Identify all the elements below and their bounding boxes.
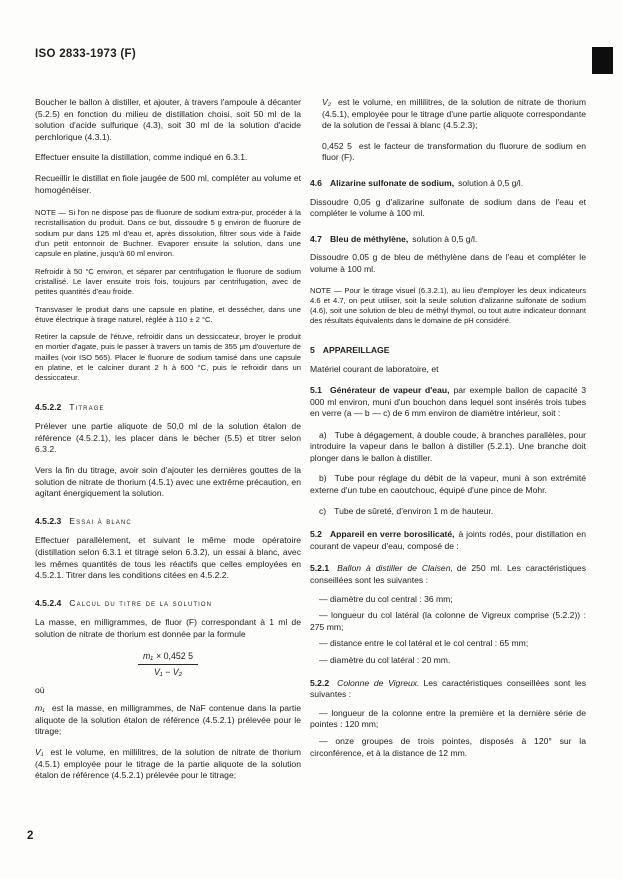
item-text: Tube de sûreté, d'environ 1 m de hauteur… [334,506,493,516]
section-title: Essai à blanc [69,516,132,526]
item-text: Tube pour réglage du débit de la vapeur,… [310,473,586,495]
definition-v1: V₁est le volume, en millilitres, de la s… [35,747,301,782]
section-title: Calcul du titre de la solution [69,598,212,608]
note-paragraph: NOTE — Si l'on ne dispose pas de fluorur… [35,208,301,259]
where-label: où [35,685,301,697]
section-rest: solution à 0,5 g/l. [458,178,523,188]
note-paragraph: Retirer la capsule de l'étuve, refroidir… [35,332,301,383]
definition-v2: V₂est le volume, en millilitres, de la s… [322,97,586,132]
definition-text: est le facteur de transformation du fluo… [322,141,586,163]
paragraph-boucher: Boucher le ballon à distiller, et ajoute… [35,97,301,143]
section-heading-essai: 4.5.2.3Essai à blanc [35,516,301,528]
fraction: m₁× 0,452 5 V₁ − V₂ [138,651,198,679]
definition-term: 0,452 5 [322,141,352,151]
list-item-b: b)Tube pour réglage du débit de la vapeu… [310,473,586,496]
page-number: 2 [27,830,33,842]
section-number: 4.5.2.3 [35,516,61,526]
paragraph-prelever: Prélever une partie aliquote de 50,0 ml … [35,421,301,456]
section-name: Colonne de Vigreux. [337,678,419,688]
item-label: a) [319,430,327,440]
section-number: 5 [310,345,315,355]
paragraph-4-7: Dissoudre 0,05 g de bleu de méthylène da… [310,252,586,275]
definition-term: m₁ [35,703,45,713]
section-number: 4.5.2.4 [35,598,61,608]
paragraph-materiel: Matériel courant de laboratoire, et [310,364,586,376]
paragraph-4-6: Dissoudre 0,05 g d'alizarine sulfonate d… [310,197,586,220]
section-title: APPAREILLAGE [323,345,390,355]
section-number: 5.2.2 [310,678,329,688]
list-item-a: a)Tube à dégagement, à double coude, à b… [310,430,586,465]
definition-factor: 0,452 5est le facteur de transformation … [322,141,586,164]
scan-mark [592,47,613,74]
section-heading-5-1: 5.1Générateur de vapeur d'eau,par exempl… [310,385,586,420]
definition-term: V₂ [322,97,331,107]
section-name: Appareil en verre borosilicaté, [330,529,455,539]
bullet-item: — distance entre le col latéral et le co… [310,638,586,650]
paragraph-vers: Vers la fin du titrage, avoir soin d'ajo… [35,465,301,500]
formula-factor: × 0,452 5 [156,651,193,661]
definition-m1: m₁est la masse, en milligrammes, de NaF … [35,703,301,738]
note-paragraph: NOTE — Pour le titrage visuel (6.3.2.1),… [310,286,586,327]
section-heading-5: 5APPAREILLAGE [310,345,586,357]
section-number: 4.7 [310,234,322,244]
bullet-item: — onze groupes de trois pointes, disposé… [310,736,586,759]
definition-text: est la masse, en milligrammes, de NaF co… [35,703,301,736]
note-paragraph: Transvaser le produit dans une capsule e… [35,305,301,326]
section-number: 5.2 [310,529,322,539]
section-name: Générateur de vapeur d'eau, [330,385,450,395]
list-item-c: c)Tube de sûreté, d'environ 1 m de haute… [310,506,586,518]
document-page: ISO 2833-1973 (F) Boucher le ballon à di… [0,0,623,879]
definition-term: V₁ [35,747,43,757]
section-heading-4-7: 4.7Bleu de méthylène,solution à 0,5 g/l. [310,234,586,246]
bullet-item: — longueur du col latéral (la colonne de… [310,610,586,633]
fraction-numerator: m₁× 0,452 5 [138,651,198,665]
section-heading-titrage: 4.5.2.2Titrage [35,402,301,414]
item-text: Tube à dégagement, à double coude, à bra… [310,430,586,463]
section-number: 5.2.1 [310,563,329,573]
section-number: 4.5.2.2 [35,402,61,412]
right-column: V₂est le volume, en millilitres, de la s… [310,97,586,768]
section-rest: solution à 0,5 g/l. [412,234,477,244]
item-label: c) [319,506,326,516]
definition-text: est le volume, en millilitres, de la sol… [35,747,301,780]
note-block: NOTE — Si l'on ne dispose pas de fluorur… [35,208,301,383]
paragraph-essai: Effectuer parallèlement, et suivant le m… [35,535,301,581]
section-name: Bleu de méthylène, [330,234,408,244]
section-name: Alizarine sulfonate de sodium, [330,178,454,188]
page-title: ISO 2833-1973 (F) [35,48,136,60]
bullet-item: — diamètre du col latéral : 20 mm. [310,655,586,667]
section-name: Ballon à distiller de Claisen, [337,563,453,573]
formula-variable-m1: m₁ [143,651,153,661]
section-heading-5-2-1: 5.2.1Ballon à distiller de Claisen,de 25… [310,563,586,586]
section-number: 5.1 [310,385,322,395]
note-block: NOTE — Pour le titrage visuel (6.3.2.1),… [310,286,586,327]
formula: m₁× 0,452 5 V₁ − V₂ [35,651,301,679]
bullet-item: — diamètre du col central : 36 mm; [310,594,586,606]
section-heading-calcul: 4.5.2.4Calcul du titre de la solution [35,598,301,610]
definition-text: est le volume, en millilitres, de la sol… [322,97,586,130]
bullet-item: — longueur de la colonne entre la premiè… [310,708,586,731]
section-title: Titrage [69,402,104,412]
fraction-denominator: V₁ − V₂ [138,664,198,679]
section-number: 4.6 [310,178,322,188]
section-heading-4-6: 4.6Alizarine sulfonate de sodium,solutio… [310,178,586,190]
section-heading-5-2-2: 5.2.2Colonne de Vigreux.Les caractéristi… [310,678,586,701]
section-heading-5-2: 5.2Appareil en verre borosilicaté,à join… [310,529,586,552]
paragraph-masse: La masse, en milligrammes, de fluor (F) … [35,617,301,640]
paragraph-effectuer: Effectuer ensuite la distillation, comme… [35,152,301,164]
item-label: b) [319,473,327,483]
left-column: Boucher le ballon à distiller, et ajoute… [35,97,301,791]
note-paragraph: Refroidir à 50 °C environ, et séparer pa… [35,267,301,298]
paragraph-recueillir: Recueillir le distillat en fiole jaugée … [35,173,301,196]
